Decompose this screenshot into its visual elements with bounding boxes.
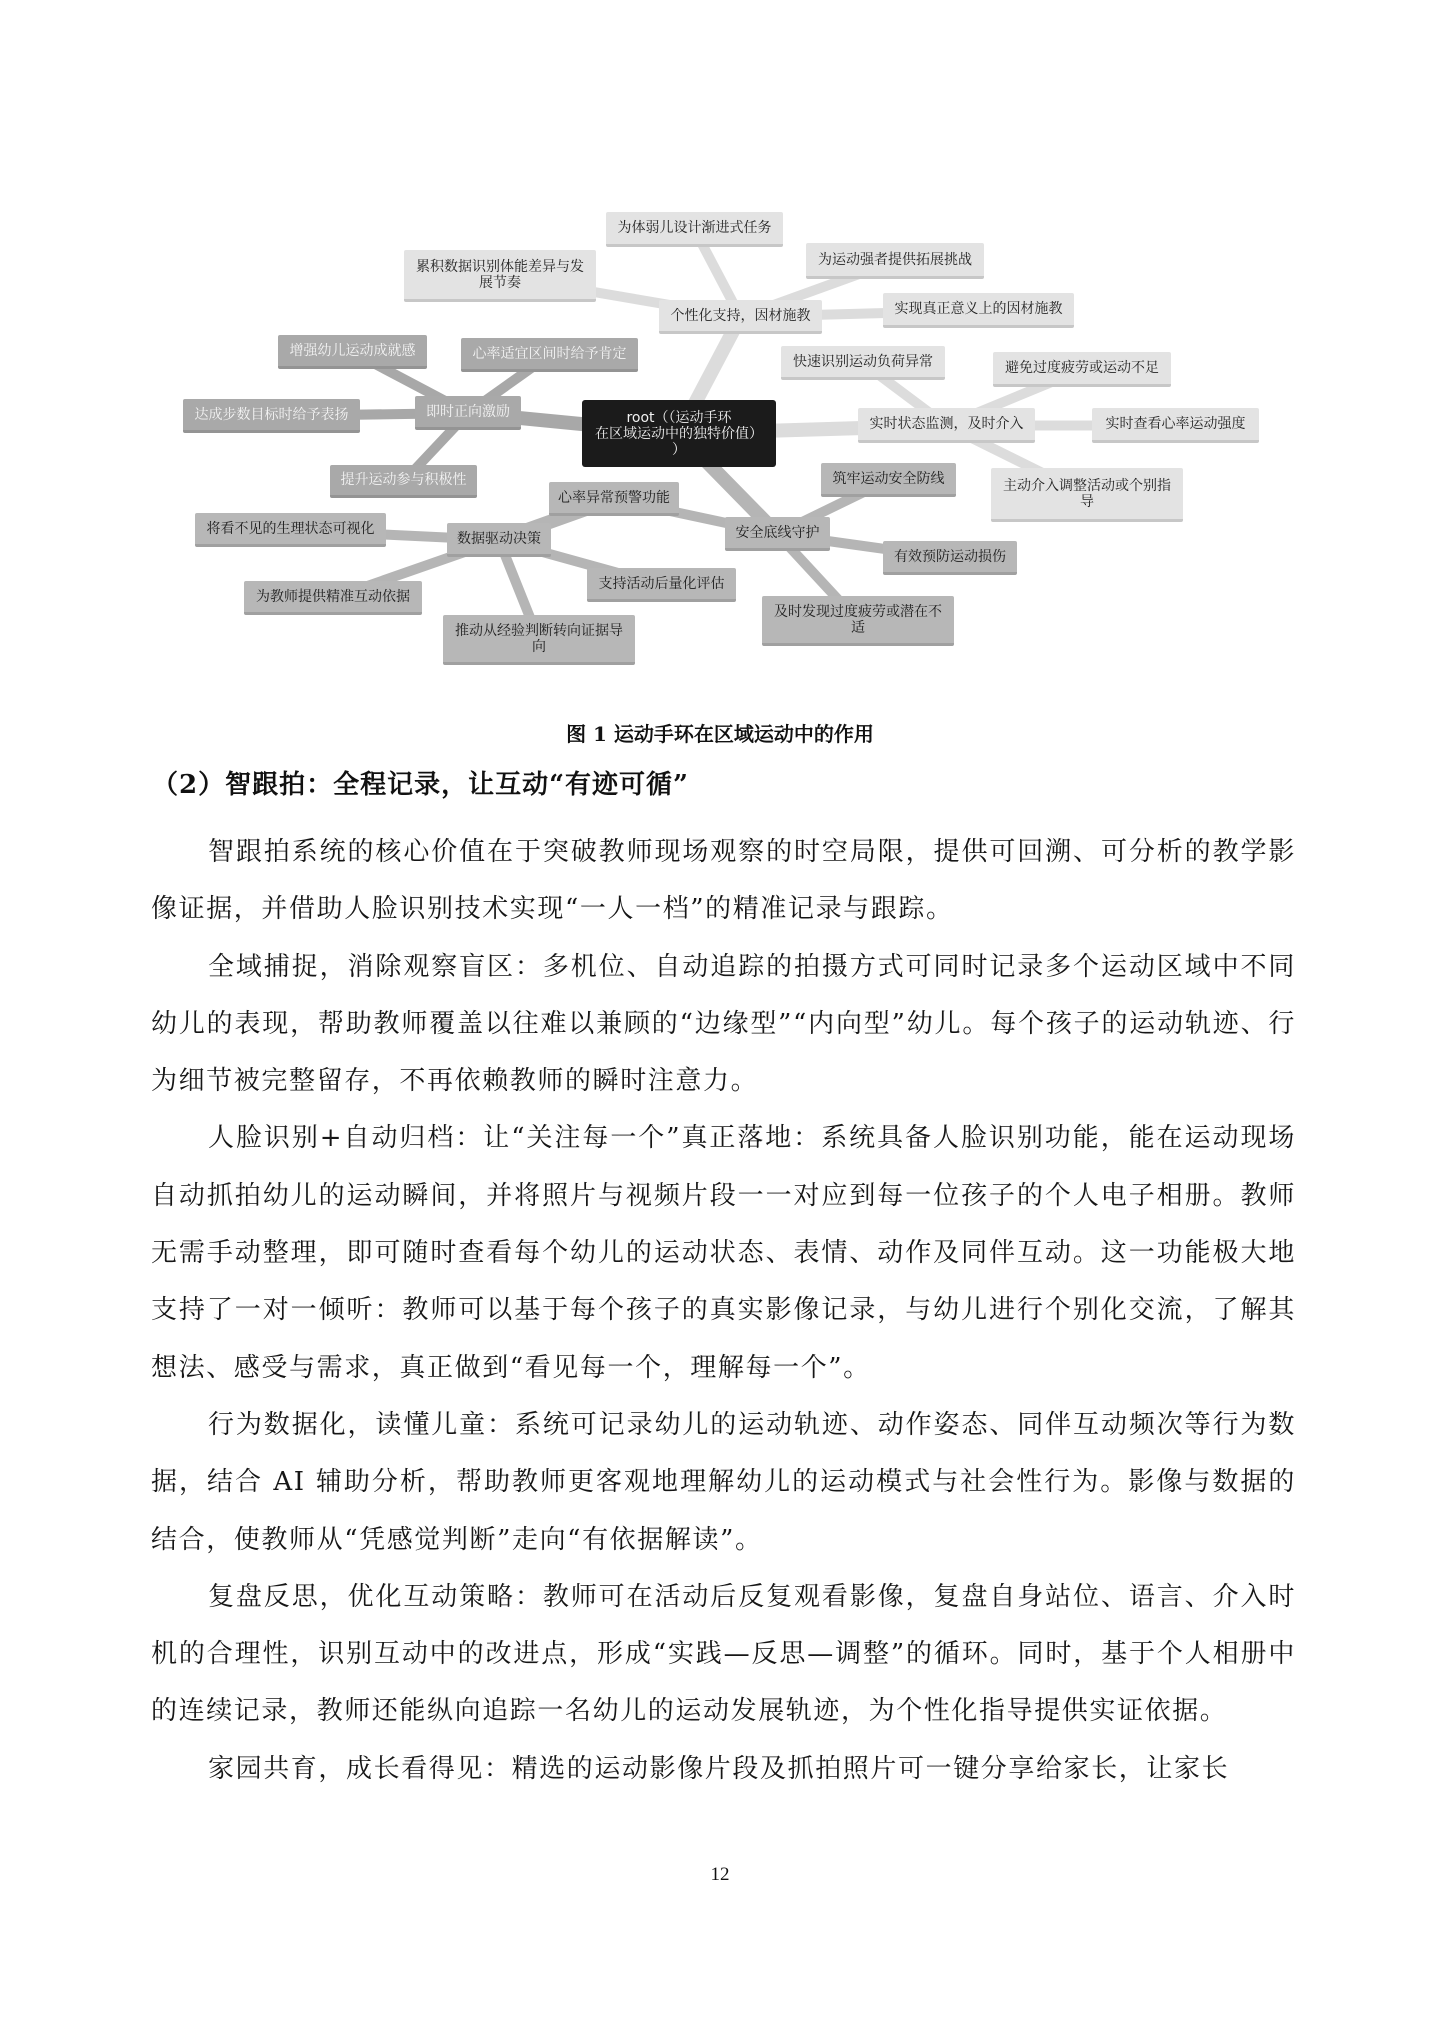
mind-map-figure: root（（运动手环 在区域运动中的独特价值） ）个性化支持，因材施教为体弱儿设… <box>0 0 1440 700</box>
mind-map-branch-node: 即时正向激励 <box>415 396 521 430</box>
mind-map-leaf-node: 筑牢运动安全防线 <box>821 463 956 497</box>
mind-map-leaf-node: 为教师提供精准互动依据 <box>244 581 422 615</box>
section-body: 智跟拍系统的核心价值在于突破教师现场观察的时空局限，提供可回溯、可分析的教学影像… <box>151 824 1296 1798</box>
mind-map-leaf-node: 支持活动后量化评估 <box>587 568 736 602</box>
mind-map-leaf-node: 推动从经验判断转向证据导 向 <box>443 615 635 665</box>
mind-map-branch-node: 实时状态监测，及时介入 <box>858 408 1035 443</box>
paragraph: 家园共育，成长看得见：精选的运动影像片段及抓拍照片可一键分享给家长，让家长 <box>151 1741 1296 1798</box>
mind-map-leaf-node: 增强幼儿运动成就感 <box>278 335 427 369</box>
mind-map-leaf-node: 有效预防运动损伤 <box>883 541 1017 575</box>
mind-map-leaf-node: 及时发现过度疲劳或潜在不 适 <box>762 596 954 646</box>
figure-caption: 图 1 运动手环在区域运动中的作用 <box>0 718 1440 747</box>
mind-map-leaf-node: 心率适宜区间时给予肯定 <box>461 338 638 372</box>
mind-map-leaf-node: 心率异常预警功能 <box>549 482 679 516</box>
mind-map-branch-node: 个性化支持，因材施教 <box>659 300 822 334</box>
mind-map-leaf-node: 为体弱儿设计渐进式任务 <box>606 212 783 247</box>
mind-map-leaf-node: 将看不见的生理状态可视化 <box>195 513 386 547</box>
mind-map-leaf-node: 提升运动参与积极性 <box>330 465 477 498</box>
mind-map-branch-node: 安全底线守护 <box>725 517 830 551</box>
mind-map-root-node: root（（运动手环 在区域运动中的独特价值） ） <box>582 400 776 467</box>
paragraph: 全域捕捉，消除观察盲区：多机位、自动追踪的拍摄方式可同时记录多个运动区域中不同幼… <box>151 939 1296 1111</box>
section-heading: （2）智跟拍：全程记录，让互动“有迹可循” <box>152 764 689 801</box>
paragraph: 行为数据化，读懂儿童：系统可记录幼儿的运动轨迹、动作姿态、同伴互动频次等行为数据… <box>151 1397 1296 1569</box>
paragraph: 人脸识别+自动归档：让“关注每一个”真正落地：系统具备人脸识别功能，能在运动现场… <box>151 1110 1296 1396</box>
page-number: 12 <box>0 1864 1440 1886</box>
mind-map-leaf-node: 为运动强者提供拓展挑战 <box>806 243 984 279</box>
paragraph: 复盘反思，优化互动策略：教师可在活动后反复观看影像，复盘自身站位、语言、介入时机… <box>151 1569 1296 1741</box>
mind-map-leaf-node: 实时查看心率运动强度 <box>1092 408 1259 443</box>
mind-map-leaf-node: 避免过度疲劳或运动不足 <box>993 352 1171 387</box>
mind-map-leaf-node: 快速识别运动负荷异常 <box>781 346 945 380</box>
mind-map-leaf-node: 累积数据识别体能差异与发 展节奏 <box>404 250 596 302</box>
mind-map-leaf-node: 主动介入调整活动或个别指 导 <box>991 468 1183 522</box>
mind-map-branch-node: 数据驱动决策 <box>447 523 551 557</box>
paragraph: 智跟拍系统的核心价值在于突破教师现场观察的时空局限，提供可回溯、可分析的教学影像… <box>151 824 1296 939</box>
mind-map-leaf-node: 实现真正意义上的因材施教 <box>883 293 1074 328</box>
mind-map-leaf-node: 达成步数目标时给予表扬 <box>183 399 360 433</box>
